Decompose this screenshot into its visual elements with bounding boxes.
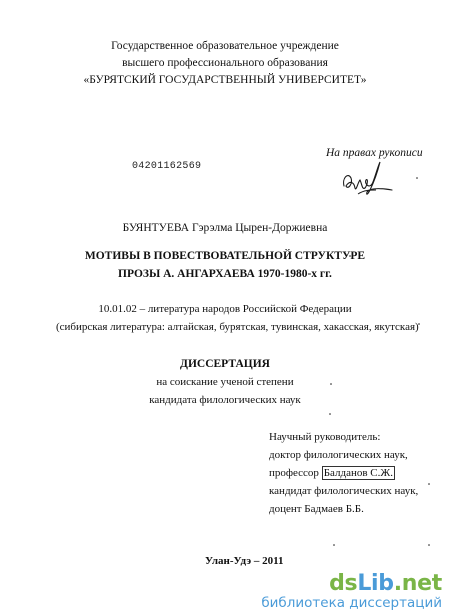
document-type-heading: ДИССЕРТАЦИЯ [0, 358, 450, 370]
supervisor-label: Научный руководитель: [269, 431, 380, 443]
specialty-description: (сибирская литература: алтайская, бурятс… [56, 321, 419, 333]
scan-speck [418, 323, 420, 325]
manuscript-rights-label: На правах рукописи [326, 147, 423, 159]
scan-speck [428, 483, 430, 485]
supervisor-rank: профессор [269, 467, 319, 479]
watermark-tagline: библиотека диссертаций [261, 595, 442, 611]
watermark-net: .net [394, 571, 442, 596]
scan-speck [333, 544, 335, 546]
consultant-degree: кандидат филологических наук, [269, 485, 418, 497]
dissertation-title-line-1: МОТИВЫ В ПОВЕСТВОВАТЕЛЬНОЙ СТРУКТУРЕ [0, 250, 450, 262]
institution-line-2: высшего профессионального образования [0, 57, 450, 69]
watermark-ds: ds [329, 571, 357, 596]
place-and-year: Улан-Удэ – 2011 [205, 555, 284, 567]
author-name: БУЯНТУЕВА Гэрэлма Цырен-Доржиевна [0, 222, 450, 234]
institution-line-1: Государственное образовательное учрежден… [0, 40, 450, 52]
scan-speck [329, 413, 331, 415]
signature-icon [340, 160, 400, 202]
scan-speck [428, 544, 430, 546]
scan-speck [416, 177, 418, 179]
supervisor-degree: доктор филологических наук, [269, 449, 408, 461]
watermark-logo: dsLib.net [329, 571, 442, 596]
supervisor-title-name: профессор Балданов С.Ж. [269, 467, 395, 479]
supervisor-name: Балданов С.Ж. [322, 466, 395, 480]
scan-speck [349, 255, 351, 257]
registration-number: 04201162569 [132, 161, 201, 172]
watermark-lib: Lib [357, 571, 393, 596]
specialty-code: 10.01.02 – литература народов Российской… [0, 303, 450, 315]
consultant-name: доцент Бадмаев Б.Б. [269, 503, 364, 515]
institution-name: «БУРЯТСКИЙ ГОСУДАРСТВЕННЫЙ УНИВЕРСИТЕТ» [0, 74, 450, 86]
dissertation-title-line-2: ПРОЗЫ А. АНГАРХАЕВА 1970-1980-х гг. [0, 268, 450, 280]
degree-line-2: кандидата филологических наук [0, 394, 450, 406]
degree-line-1: на соискание ученой степени [0, 376, 450, 388]
scan-speck [330, 383, 332, 385]
